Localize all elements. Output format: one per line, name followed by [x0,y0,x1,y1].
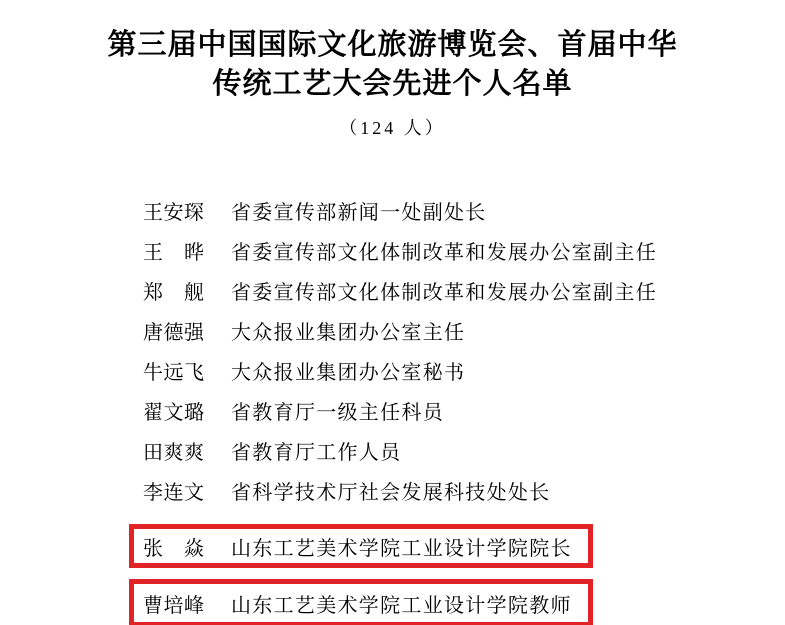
document-title-line2: 传统工艺大会先进个人名单 [0,65,785,104]
person-name: 翟文璐 [143,396,207,425]
list-item: 唐德强 大众报业集团办公室主任 [143,310,785,350]
person-position: 大众报业集团办公室主任 [231,316,465,345]
person-position: 山东工艺美术学院工业设计学院教师 [231,589,572,618]
list-item: 郑 舰 省委宣传部文化体制改革和发展办公室副主任 [143,270,785,310]
highlight-box: 曹培峰 山东工艺美术学院工业设计学院教师 [129,579,593,625]
person-position: 大众报业集团办公室秘书 [231,356,465,385]
list-item: 翟文璐 省教育厅一级主任科员 [143,390,785,430]
person-position: 省科学技术厅社会发展科技处处长 [231,476,551,505]
person-name: 曹培峰 [143,589,207,618]
person-name: 张 焱 [143,532,207,561]
person-position: 省委宣传部文化体制改革和发展办公室副主任 [231,236,657,265]
person-name: 李连文 [143,476,207,505]
person-name: 郑 舰 [143,276,207,305]
person-count: （124 人） [0,114,785,140]
person-name: 王安琛 [143,196,207,225]
person-position: 省教育厅工作人员 [231,436,401,465]
list-item: 曹培峰 山东工艺美术学院工业设计学院教师 [143,587,572,619]
person-name: 田爽爽 [143,436,207,465]
highlight-box: 张 焱 山东工艺美术学院工业设计学院院长 [129,524,593,568]
list-item: 王 晔 省委宣传部文化体制改革和发展办公室副主任 [143,230,785,270]
person-position: 山东工艺美术学院工业设计学院院长 [231,532,572,561]
list-item: 牛远飞 大众报业集团办公室秘书 [143,350,785,390]
person-name: 唐德强 [143,316,207,345]
list-item: 李连文 省科学技术厅社会发展科技处处长 [143,470,785,510]
person-position: 省教育厅一级主任科员 [231,396,444,425]
people-list: 王安琛 省委宣传部新闻一处副处长 王 晔 省委宣传部文化体制改革和发展办公室副主… [0,190,785,625]
list-item: 张 焱 山东工艺美术学院工业设计学院院长 [143,530,572,562]
document-title-line1: 第三届中国国际文化旅游博览会、首届中华 [0,26,785,65]
list-item: 王安琛 省委宣传部新闻一处副处长 [143,190,785,230]
person-name: 王 晔 [143,236,207,265]
document-page: 第三届中国国际文化旅游博览会、首届中华 传统工艺大会先进个人名单 （124 人）… [0,0,785,625]
person-name: 牛远飞 [143,356,207,385]
list-item: 田爽爽 省教育厅工作人员 [143,430,785,470]
person-position: 省委宣传部文化体制改革和发展办公室副主任 [231,276,657,305]
person-position: 省委宣传部新闻一处副处长 [231,196,487,225]
